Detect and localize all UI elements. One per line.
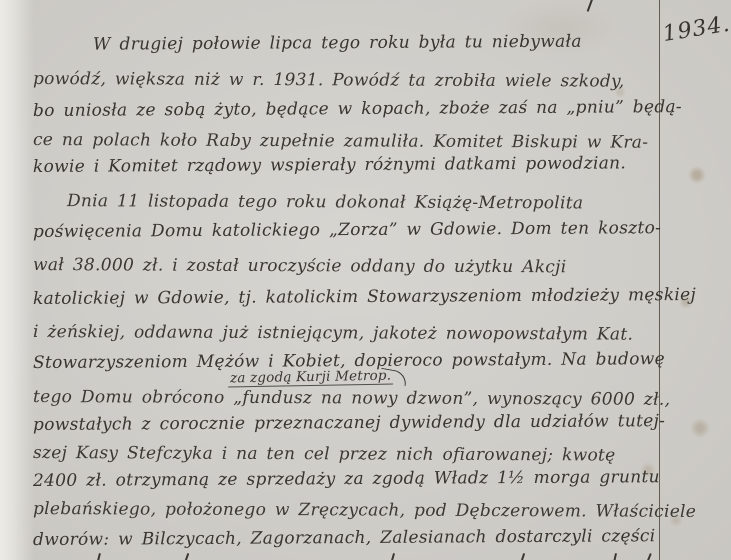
manuscript-text: W drugiej połowie lipca tego roku była t… [0, 0, 731, 560]
manuscript-line: W drugiej połowie lipca tego roku była t… [33, 29, 719, 57]
manuscript-line: powódź, większa niż w r. 1931. Powódź ta… [33, 67, 659, 94]
interlinear-insertion-note: za zgodą Kurji Metrop. [228, 368, 393, 388]
manuscript-line: szej Kasy Stefczyka i na ten cel przez n… [33, 441, 659, 468]
cutoff-line-ink-tip [613, 553, 617, 560]
manuscript-line: i żeńskiej, oddawna już istniejącym, jak… [33, 320, 659, 347]
manuscript-line: kowie i Komitet rządowy wspierały różnym… [33, 151, 659, 179]
manuscript-line: wał 38.000 zł. i został uroczyście oddan… [33, 253, 659, 280]
cutoff-line-ink-tip [97, 553, 101, 560]
manuscript-line: dworów: w Bilczycach, Zagorzanach, Zales… [33, 524, 659, 552]
manuscript-line: tego Domu obrócono „fundusz na nowy dzwo… [33, 385, 659, 412]
manuscript-line: 2400 zł. otrzymaną ze sprzedaży za zgodą… [33, 465, 659, 493]
manuscript-line: katolickiej w Gdowie, tj. katolickim Sto… [33, 283, 659, 311]
manuscript-line: bo uniosła ze sobą żyto, będące w kopach… [33, 95, 659, 123]
manuscript-page: 1934. W drugiej połowie lipca tego roku … [0, 0, 731, 560]
cutoff-line-ink-tip [521, 553, 525, 560]
manuscript-line: poświęcenia Domu katolickiego „Zorza” w … [33, 216, 659, 244]
manuscript-line: powstałych z corocznie przeznaczanej dyw… [33, 409, 659, 437]
cutoff-line-ink-tip [646, 553, 652, 560]
manuscript-line: ce na polach koło Raby zupełnie zamuliła… [33, 128, 659, 155]
manuscript-line: Dnia 11 listopada tego roku dokonał Ksią… [33, 189, 693, 216]
cutoff-line-ink-tip [391, 553, 395, 560]
manuscript-line: plebańskiego, położonego w Zręczycach, p… [33, 497, 659, 524]
cutoff-line-ink-tip [185, 553, 190, 560]
